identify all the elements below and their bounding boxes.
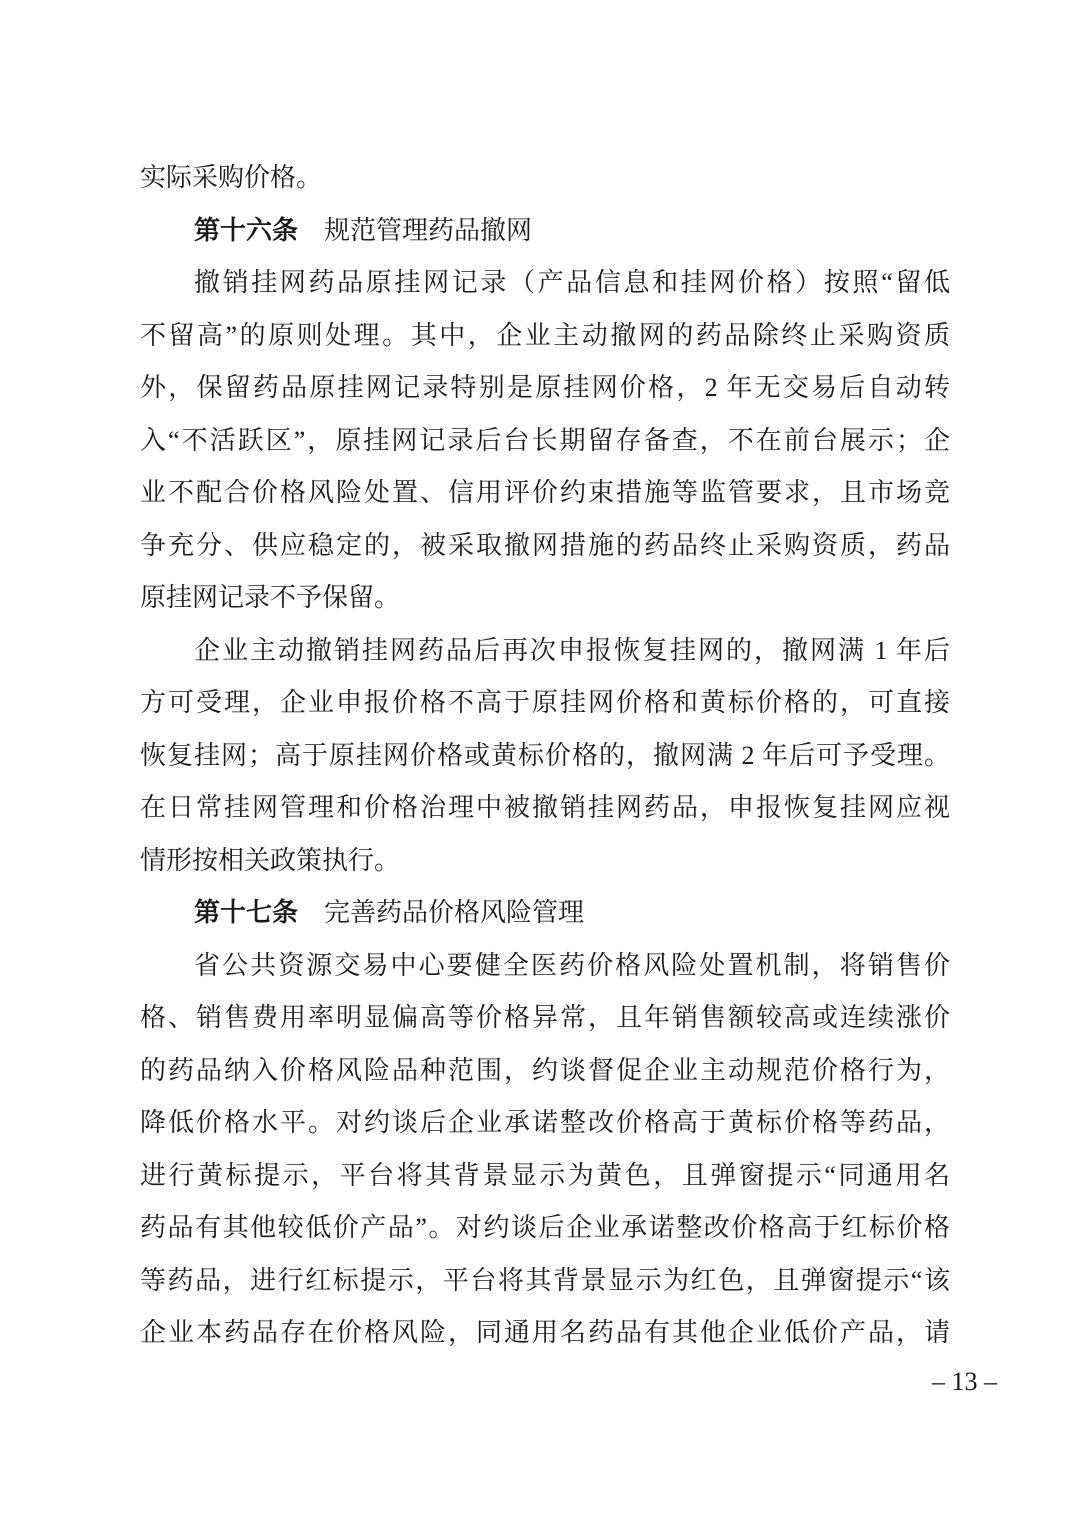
text-line: 恢复挂网；高于原挂网价格或黄标价格的，撤网满 2 年后可予受理。 <box>140 730 950 783</box>
page-number: – 13 – <box>932 1365 997 1399</box>
article-heading-line: 第十七条完善药品价格风险管理 <box>140 887 950 940</box>
article-title: 规范管理药品撤网 <box>324 216 532 245</box>
text-line: 进行黄标提示，平台将其背景显示为黄色，且弹窗提示“同通用名 <box>140 1150 950 1203</box>
text-line: 省公共资源交易中心要健全医药价格风险处置机制，将销售价 <box>140 940 950 993</box>
article-heading-line: 第十六条规范管理药品撤网 <box>140 205 950 258</box>
text-line: 撤销挂网药品原挂网记录（产品信息和挂网价格）按照“留低 <box>140 257 950 310</box>
text-line: 业不配合价格风险处置、信用评价约束措施等监管要求，且市场竞 <box>140 467 950 520</box>
text-line: 的药品纳入价格风险品种范围，约谈督促企业主动规范价格行为， <box>140 1045 950 1098</box>
text-line: 实际采购价格。 <box>140 152 950 205</box>
text-line: 在日常挂网管理和价格治理中被撤销挂网药品，申报恢复挂网应视 <box>140 782 950 835</box>
document-page: 实际采购价格。第十六条规范管理药品撤网撤销挂网药品原挂网记录（产品信息和挂网价格… <box>0 0 1074 1520</box>
article-title: 完善药品价格风险管理 <box>324 898 584 927</box>
text-line: 等药品，进行红标提示，平台将其背景显示为红色，且弹窗提示“该 <box>140 1255 950 1308</box>
text-line: 情形按相关政策执行。 <box>140 835 950 888</box>
text-line: 外，保留药品原挂网记录特别是原挂网价格，2 年无交易后自动转 <box>140 362 950 415</box>
text-line: 格、销售费用率明显偏高等价格异常，且年销售额较高或连续涨价 <box>140 992 950 1045</box>
article-number: 第十七条 <box>194 898 298 927</box>
article-number: 第十六条 <box>194 216 298 245</box>
text-line: 入“不活跃区”，原挂网记录后台长期留存备查，不在前台展示；企 <box>140 415 950 468</box>
document-content: 实际采购价格。第十六条规范管理药品撤网撤销挂网药品原挂网记录（产品信息和挂网价格… <box>140 152 950 1360</box>
text-line: 方可受理，企业申报价格不高于原挂网价格和黄标价格的，可直接 <box>140 677 950 730</box>
text-line: 争充分、供应稳定的，被采取撤网措施的药品终止采购资质，药品 <box>140 520 950 573</box>
text-line: 药品有其他较低价产品”。对约谈后企业承诺整改价格高于红标价格 <box>140 1202 950 1255</box>
text-line: 原挂网记录不予保留。 <box>140 572 950 625</box>
text-line: 企业主动撤销挂网药品后再次申报恢复挂网的，撤网满 1 年后 <box>140 625 950 678</box>
text-line: 降低价格水平。对约谈后企业承诺整改价格高于黄标价格等药品， <box>140 1097 950 1150</box>
text-line: 企业本药品存在价格风险，同通用名药品有其他企业低价产品，请 <box>140 1307 950 1360</box>
text-line: 不留高”的原则处理。其中，企业主动撤网的药品除终止采购资质 <box>140 310 950 363</box>
